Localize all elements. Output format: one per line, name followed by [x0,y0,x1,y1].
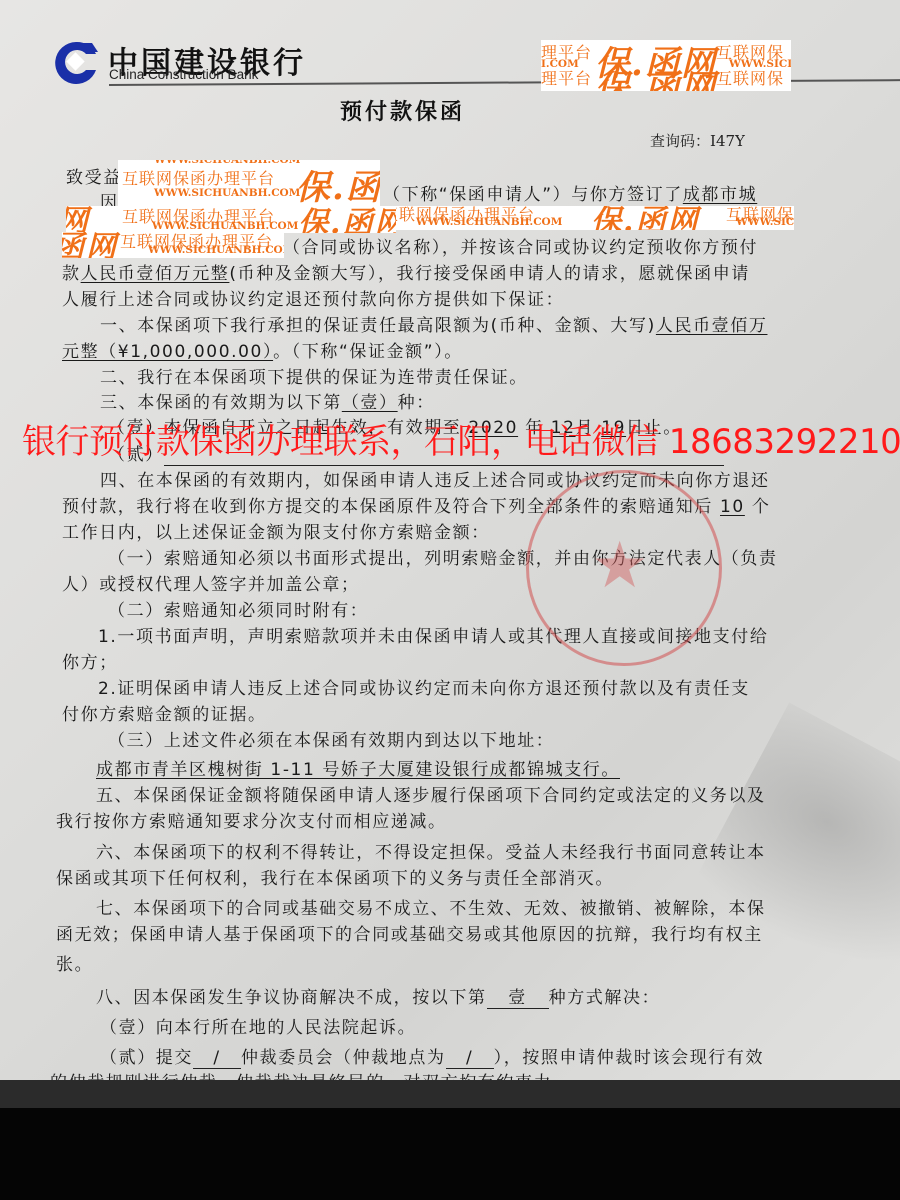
line-2: （下称“保函申请人”）与你方签订了成都市城 [383,180,757,205]
clause-5: 五、本保函保证金额将随保函申请人逐步履行保函项下合同约定或法定的义务以及 [96,781,766,806]
dispute-option: 壹 [487,983,549,1009]
condition-2: （二）索赔通知必须同时附有： [108,596,368,621]
line-27: 保函或其项下任何权利，我行在本保函项下的义务与责任全部消灭。 [56,864,614,889]
dispute-option-2: （贰）提交/仲裁委员会（仲裁地点为/），按照申请仲裁时该会现行有效 [100,1043,764,1069]
line-30: 张。 [56,950,93,975]
max-amount-figures: 元整（¥1,000,000.00） [62,342,273,362]
line-5: 人履行上述合同或协议约定退还预付款向你方提供如下保证： [62,285,564,310]
claim-address: 成都市青羊区槐树街 1-11 号娇子大厦建设银行成都锦城支行。 [96,755,620,780]
finger-shadow [686,702,900,1037]
clause-6: 六、本保函项下的权利不得转让，不得设定担保。受益人未经我行书面同意转让本 [96,838,766,863]
line-4: 款人民币壹佰万元整(币种及金额大写），我行接受保函申请人的请求，愿就保函申请 [62,259,750,284]
condition-3: （三）上述文件必须在本保函有效期内到达以下地址： [108,726,554,751]
query-code-label: 查询码： [650,132,710,150]
red-star-seal-icon: ★ [526,470,722,666]
arbitration-commission: / [193,1048,241,1069]
black-bottom-area [0,1108,900,1200]
line-25: 我行按你方索赔通知要求分次支付而相应递减。 [56,807,447,832]
document-title: 预付款保函 [340,95,465,126]
photo-bottom-edge [0,1080,900,1108]
watermark-box-2: 函网 互联网保函办理平台 WWW.SICHUANBH.COM 保.函网 [66,206,396,233]
query-code-value: I47Y [710,132,745,150]
validity-option: （壹） [342,393,398,413]
watermark-box-2b: 互联网保函办理平台 WWW.SICHUANBH.COM 保.函网 互联网保 WW… [396,206,794,230]
clause-3: 三、本保函的有效期为以下第（壹）种： [100,388,435,413]
clause-2: 二、我行在本保函项下提供的保证为连带责任保证。 [100,363,528,388]
line-21: 付你方索赔金额的证据。 [62,700,267,725]
max-amount-words: 人民币壹佰万 [656,316,768,336]
line-29: 函无效；保函申请人基于保函项下的合同或基础交易或其他原因的抗辩，我行均有权主 [56,920,763,945]
overlay-contact-ad: 银行预付款保函办理联系，石阳，电话微信 18683292210 ！ [22,414,900,463]
query-code: 查询码：I47Y [650,130,745,151]
clause-8: 八、因本保函发生争议协商解决不成，按以下第壹种方式解决： [96,983,660,1009]
arbitration-place: / [446,1048,494,1069]
contract-name-fragment: 成都市城 [683,185,757,205]
working-days: 10 [720,497,745,517]
clause-1: 一、本保函项下我行承担的保证责任最高限额为(币种、金额、大写)人民币壹佰万 [100,311,767,336]
watermark-box-3: 函网 互联网保函办理平台 WWW.SICHUANBH.COM [62,232,284,258]
ccb-logo-icon [52,40,100,84]
line-14: 工作日内，以上述保证金额为限支付你方索赔金额： [62,518,490,543]
line-16: 人）或授权代理人签字并加盖公章； [62,570,360,595]
star-icon: ★ [591,529,648,603]
requirement-2: 2.证明保函申请人违反上述合同或协议约定而未向你方退还预付款以及有责任支 [98,674,750,699]
line-3: （合同或协议名称），并按该合同或协议约定预收你方预付 [283,233,758,258]
clause-7: 七、本保函项下的合同或基础交易不成立、不生效、无效、被撤销、被解除，本保 [96,894,766,919]
line-7: 元整（¥1,000,000.00）。（下称“保证金额”）。 [62,337,463,362]
document-page: 中国建设银行 China Construction Bank 预付款保函 查询码… [0,0,900,1108]
watermark-box-1: WWW.SICHUANBH.COM 互联网保函办理平台 WWW.SICHUANB… [118,160,380,206]
dispute-option-1: （壹）向本行所在地的人民法院起诉。 [100,1013,416,1038]
bank-name-en: China Construction Bank [109,67,258,82]
line-19: 你方； [62,648,118,673]
salutation: 致受益 [66,163,122,188]
watermark-top-right: 理平台 I.COM 保.函网 互联网保 WWW.SICI 理平台 保.函网 互联… [541,40,791,91]
advance-amount: 人民币壹佰万元整 [81,264,230,284]
